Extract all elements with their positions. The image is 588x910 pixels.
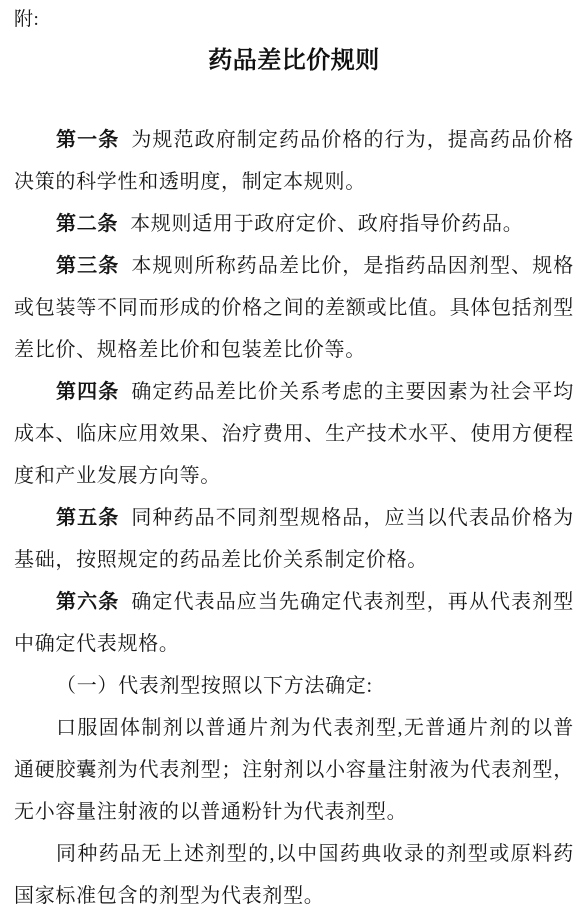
document-paragraph: 第四条确定药品差比价关系考虑的主要因素为社会平均成本、临床应用效果、治疗费用、生…	[14, 371, 574, 497]
article-number-label: 第六条	[56, 591, 119, 613]
paragraph-text: 口服固体制剂以普通片剂为代表剂型,无普通片剂的以普通硬胶囊剂为代表剂型；注射剂以…	[14, 717, 574, 823]
document-body: 第一条为规范政府制定药品价格的行为，提高药品价格决策的科学性和透明度，制定本规则…	[14, 119, 574, 910]
document-paragraph: 同种药品无上述剂型的,以中国药典收录的剂型或原料药国家标准包含的剂型为代表剂型。	[14, 833, 574, 910]
attachment-label: 附:	[14, 8, 574, 31]
paragraph-text: 同种药品无上述剂型的,以中国药典收录的剂型或原料药国家标准包含的剂型为代表剂型。	[14, 843, 574, 907]
paragraph-text: 本规则适用于政府定价、政府指导价药品。	[130, 213, 523, 235]
document-paragraph: （一）代表剂型按照以下方法确定:	[14, 665, 574, 707]
paragraph-text: （一）代表剂型按照以下方法确定:	[56, 675, 373, 697]
article-number-label: 第一条	[56, 129, 119, 151]
article-number-label: 第二条	[56, 213, 118, 235]
article-number-label: 第三条	[56, 255, 119, 277]
article-number-label: 第四条	[56, 381, 119, 403]
document-page: 附: 药品差比价规则 第一条为规范政府制定药品价格的行为，提高药品价格决策的科学…	[0, 0, 588, 910]
document-paragraph: 第六条确定代表品应当先确定代表剂型，再从代表剂型中确定代表规格。	[14, 581, 574, 665]
document-title: 药品差比价规则	[14, 49, 574, 73]
article-number-label: 第五条	[56, 507, 119, 529]
document-paragraph: 第三条本规则所称药品差比价，是指药品因剂型、规格或包装等不同而形成的价格之间的差…	[14, 245, 574, 371]
document-paragraph: 第一条为规范政府制定药品价格的行为，提高药品价格决策的科学性和透明度，制定本规则…	[14, 119, 574, 203]
document-paragraph: 第二条本规则适用于政府定价、政府指导价药品。	[14, 203, 574, 245]
document-paragraph: 口服固体制剂以普通片剂为代表剂型,无普通片剂的以普通硬胶囊剂为代表剂型；注射剂以…	[14, 707, 574, 833]
document-paragraph: 第五条同种药品不同剂型规格品，应当以代表品价格为基础，按照规定的药品差比价关系制…	[14, 497, 574, 581]
